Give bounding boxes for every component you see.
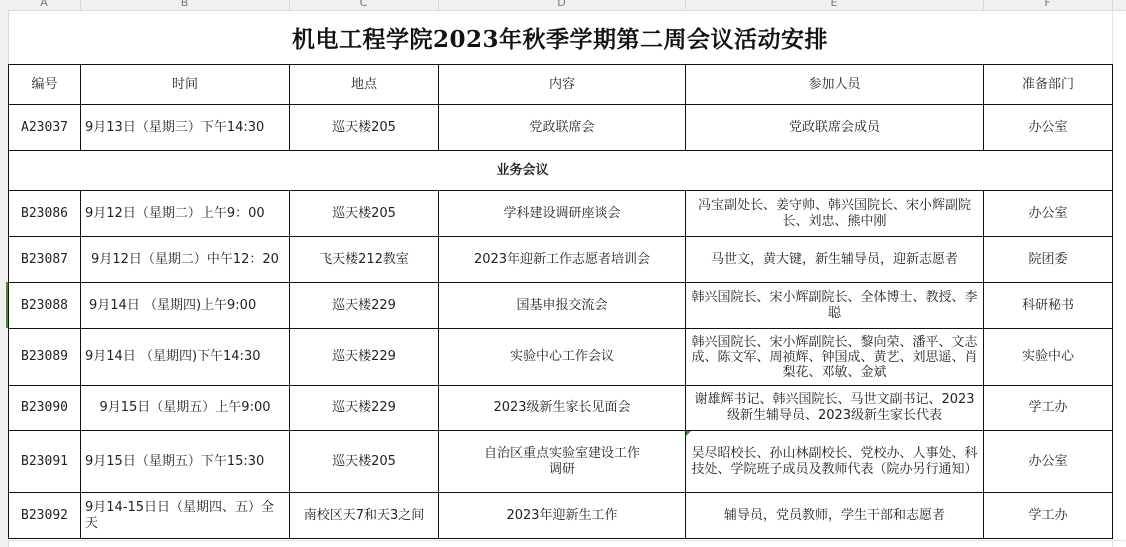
cell-department[interactable]: 办公室 <box>984 105 1113 151</box>
cell-id[interactable]: B23089 <box>9 329 81 386</box>
cell-content[interactable]: 2023级新生家长见面会 <box>439 386 686 431</box>
cell-time[interactable]: 9月15日（星期五）上午9:00 <box>81 386 290 431</box>
cell-location[interactable]: 巡天楼205 <box>290 191 439 237</box>
cell-id[interactable]: A23037 <box>9 105 81 151</box>
cell-department[interactable]: 学工办 <box>984 386 1113 431</box>
table-row: B23087 9月12日（星期二）中午12：20 飞天楼212教室 2023年迎… <box>9 237 1113 283</box>
cell-id[interactable]: B23086 <box>9 191 81 237</box>
table-row: B23089 9月14日 （星期四)下午14:30 巡天楼229 实验中心工作会… <box>9 329 1113 386</box>
cell-participants[interactable]: 辅导员，党员教师，学生干部和志愿者 <box>686 493 984 539</box>
cell-content[interactable]: 自治区重点实验室建设工作调研 <box>439 431 686 493</box>
cell-id[interactable]: B23092 <box>9 493 81 539</box>
cell-location[interactable]: 巡天楼229 <box>290 283 439 329</box>
section-row: 业务会议 <box>9 151 1113 191</box>
header-id[interactable]: 编号 <box>9 65 81 105</box>
section-title-cell[interactable]: 业务会议 <box>9 151 1113 191</box>
cell-content[interactable]: 2023年迎新生工作 <box>439 493 686 539</box>
header-content[interactable]: 内容 <box>439 65 686 105</box>
column-header-c[interactable]: C <box>289 0 439 10</box>
cell-id[interactable]: B23090 <box>9 386 81 431</box>
cell-department[interactable]: 办公室 <box>984 431 1113 493</box>
column-header-b[interactable]: B <box>80 0 290 10</box>
table-row: B23092 9月14-15日日（星期四、五）全天 南校区天7和天3之间 202… <box>9 493 1113 539</box>
table-row: B23090 9月15日（星期五）上午9:00 巡天楼229 2023级新生家长… <box>9 386 1113 431</box>
cell-participants[interactable]: 党政联席会成员 <box>686 105 984 151</box>
schedule-table: 编号 时间 地点 内容 参加人员 准备部门 A23037 9月13日（星期三）下… <box>8 64 1113 539</box>
section-title: 业务会议 <box>496 163 548 178</box>
cell-content[interactable]: 2023年迎新工作志愿者培训会 <box>439 237 686 283</box>
header-row: 编号 时间 地点 内容 参加人员 准备部门 <box>9 65 1113 105</box>
cell-department[interactable]: 科研秘书 <box>984 283 1113 329</box>
cell-time[interactable]: 9月14日 （星期四)下午14:30 <box>81 329 290 386</box>
cell-time[interactable]: 9月14-15日日（星期四、五）全天 <box>81 493 290 539</box>
sheet-title[interactable]: 机电工程学院2023年秋季学期第二周会议活动安排 <box>8 10 1112 64</box>
cell-time[interactable]: 9月12日（星期二）中午12：20 <box>81 237 290 283</box>
cell-department[interactable]: 院团委 <box>984 237 1113 283</box>
cell-participants[interactable]: 韩兴国院长、宋小辉副院长、黎向荣、潘平、文志成、陈文军、周祯辉、钟国成、黄艺、刘… <box>686 329 984 386</box>
column-header-a[interactable]: A <box>8 0 81 10</box>
header-participants[interactable]: 参加人员 <box>686 65 984 105</box>
cell-department[interactable]: 办公室 <box>984 191 1113 237</box>
cell-time[interactable]: 9月14日 （星期四)上午9:00 <box>81 283 290 329</box>
cell-location[interactable]: 巡天楼229 <box>290 329 439 386</box>
header-location[interactable]: 地点 <box>290 65 439 105</box>
cell-id[interactable]: B23087 <box>9 237 81 283</box>
cell-location[interactable]: 巡天楼205 <box>290 431 439 493</box>
cell-participants[interactable]: 冯宝副处长、姜守帅、韩兴国院长、宋小辉副院长、刘忠、熊中刚 <box>686 191 984 237</box>
cell-id[interactable]: B23088 <box>9 283 81 329</box>
gridline <box>8 540 1126 541</box>
header-department[interactable]: 准备部门 <box>984 65 1113 105</box>
cell-department[interactable]: 实验中心 <box>984 329 1113 386</box>
column-header-e[interactable]: E <box>685 0 984 10</box>
cell-id[interactable]: B23091 <box>9 431 81 493</box>
cell-time[interactable]: 9月12日（星期二）上午9：00 <box>81 191 290 237</box>
cell-location[interactable]: 飞天楼212教室 <box>290 237 439 283</box>
cell-time[interactable]: 9月13日（星期三）下午14:30 <box>81 105 290 151</box>
cell-content[interactable]: 党政联席会 <box>439 105 686 151</box>
cell-location[interactable]: 巡天楼229 <box>290 386 439 431</box>
cell-participants[interactable]: 马世文，黄大键，新生辅导员，迎新志愿者 <box>686 237 984 283</box>
cell-location[interactable]: 巡天楼205 <box>290 105 439 151</box>
comment-indicator-icon[interactable] <box>686 431 691 436</box>
header-time[interactable]: 时间 <box>81 65 290 105</box>
cell-department[interactable]: 学工办 <box>984 493 1113 539</box>
column-header-f[interactable]: F <box>983 0 1113 10</box>
cell-content[interactable]: 国基申报交流会 <box>439 283 686 329</box>
table-row: A23037 9月13日（星期三）下午14:30 巡天楼205 党政联席会 党政… <box>9 105 1113 151</box>
cell-participants[interactable]: 韩兴国院长、宋小辉副院长、全体博士、教授、李聪 <box>686 283 984 329</box>
table-row: B23091 9月15日（星期五）下午15:30 巡天楼205 自治区重点实验室… <box>9 431 1113 493</box>
cell-content[interactable]: 实验中心工作会议 <box>439 329 686 386</box>
cell-content[interactable]: 学科建设调研座谈会 <box>439 191 686 237</box>
table-row: B23086 9月12日（星期二）上午9：00 巡天楼205 学科建设调研座谈会… <box>9 191 1113 237</box>
table-row: B23088 9月14日 （星期四)上午9:00 巡天楼229 国基申报交流会 … <box>9 283 1113 329</box>
cell-participants[interactable]: 吴尽昭校长、孙山林副校长、党校办、人事处、科技处、学院班子成员及教师代表（院办另… <box>686 431 984 493</box>
column-header-d[interactable]: D <box>438 0 686 10</box>
cell-location[interactable]: 南校区天7和天3之间 <box>290 493 439 539</box>
cell-participants[interactable]: 谢雄辉书记、韩兴国院长、马世文副书记、2023级新生辅导员、2023级新生家长代… <box>686 386 984 431</box>
cell-time[interactable]: 9月15日（星期五）下午15:30 <box>81 431 290 493</box>
